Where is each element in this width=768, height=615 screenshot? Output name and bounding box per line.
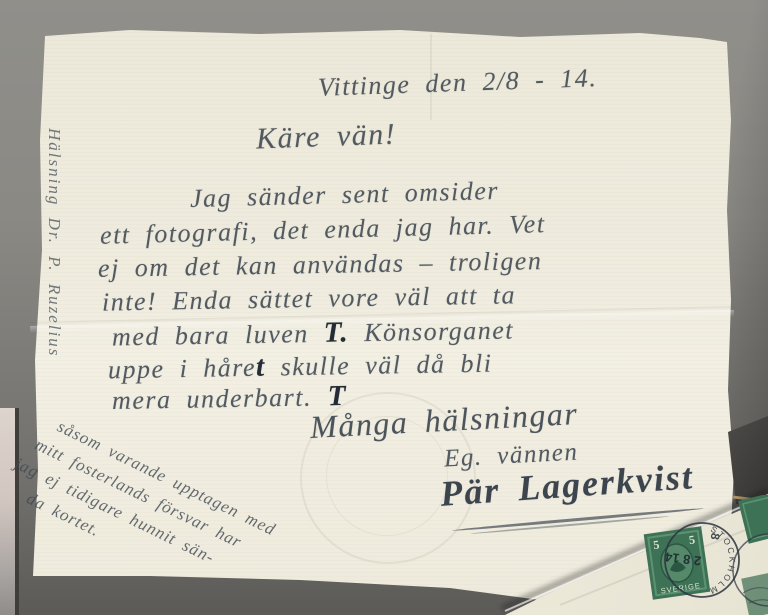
body-line-5-text: med bara luven [112,319,324,352]
stamp-fragment-bottom [741,572,768,615]
letter-salutation: Käre vän! [255,118,396,157]
body-line-7-text: mera underbart. [112,383,312,415]
stamp-and-postmark: 5 5 SVERIGE STOCKHOLM 2 8 14 8 [615,495,768,615]
body-line-6-text-b: skulle väl då bli [265,349,492,382]
stamp-fragment-top [738,495,768,544]
ink-mark-1: T. [323,316,349,348]
photo-scene: Vittinge den 2/8 - 14. Käre vän! Jag sän… [0,0,768,615]
body-line-5-text-b: Könsorganet [349,315,514,347]
body-line-6-text: uppe i håre [108,353,256,385]
left-edge-object [0,408,19,615]
postmark-digit: 8 [708,532,723,541]
ink-mark-2: t [256,351,266,383]
